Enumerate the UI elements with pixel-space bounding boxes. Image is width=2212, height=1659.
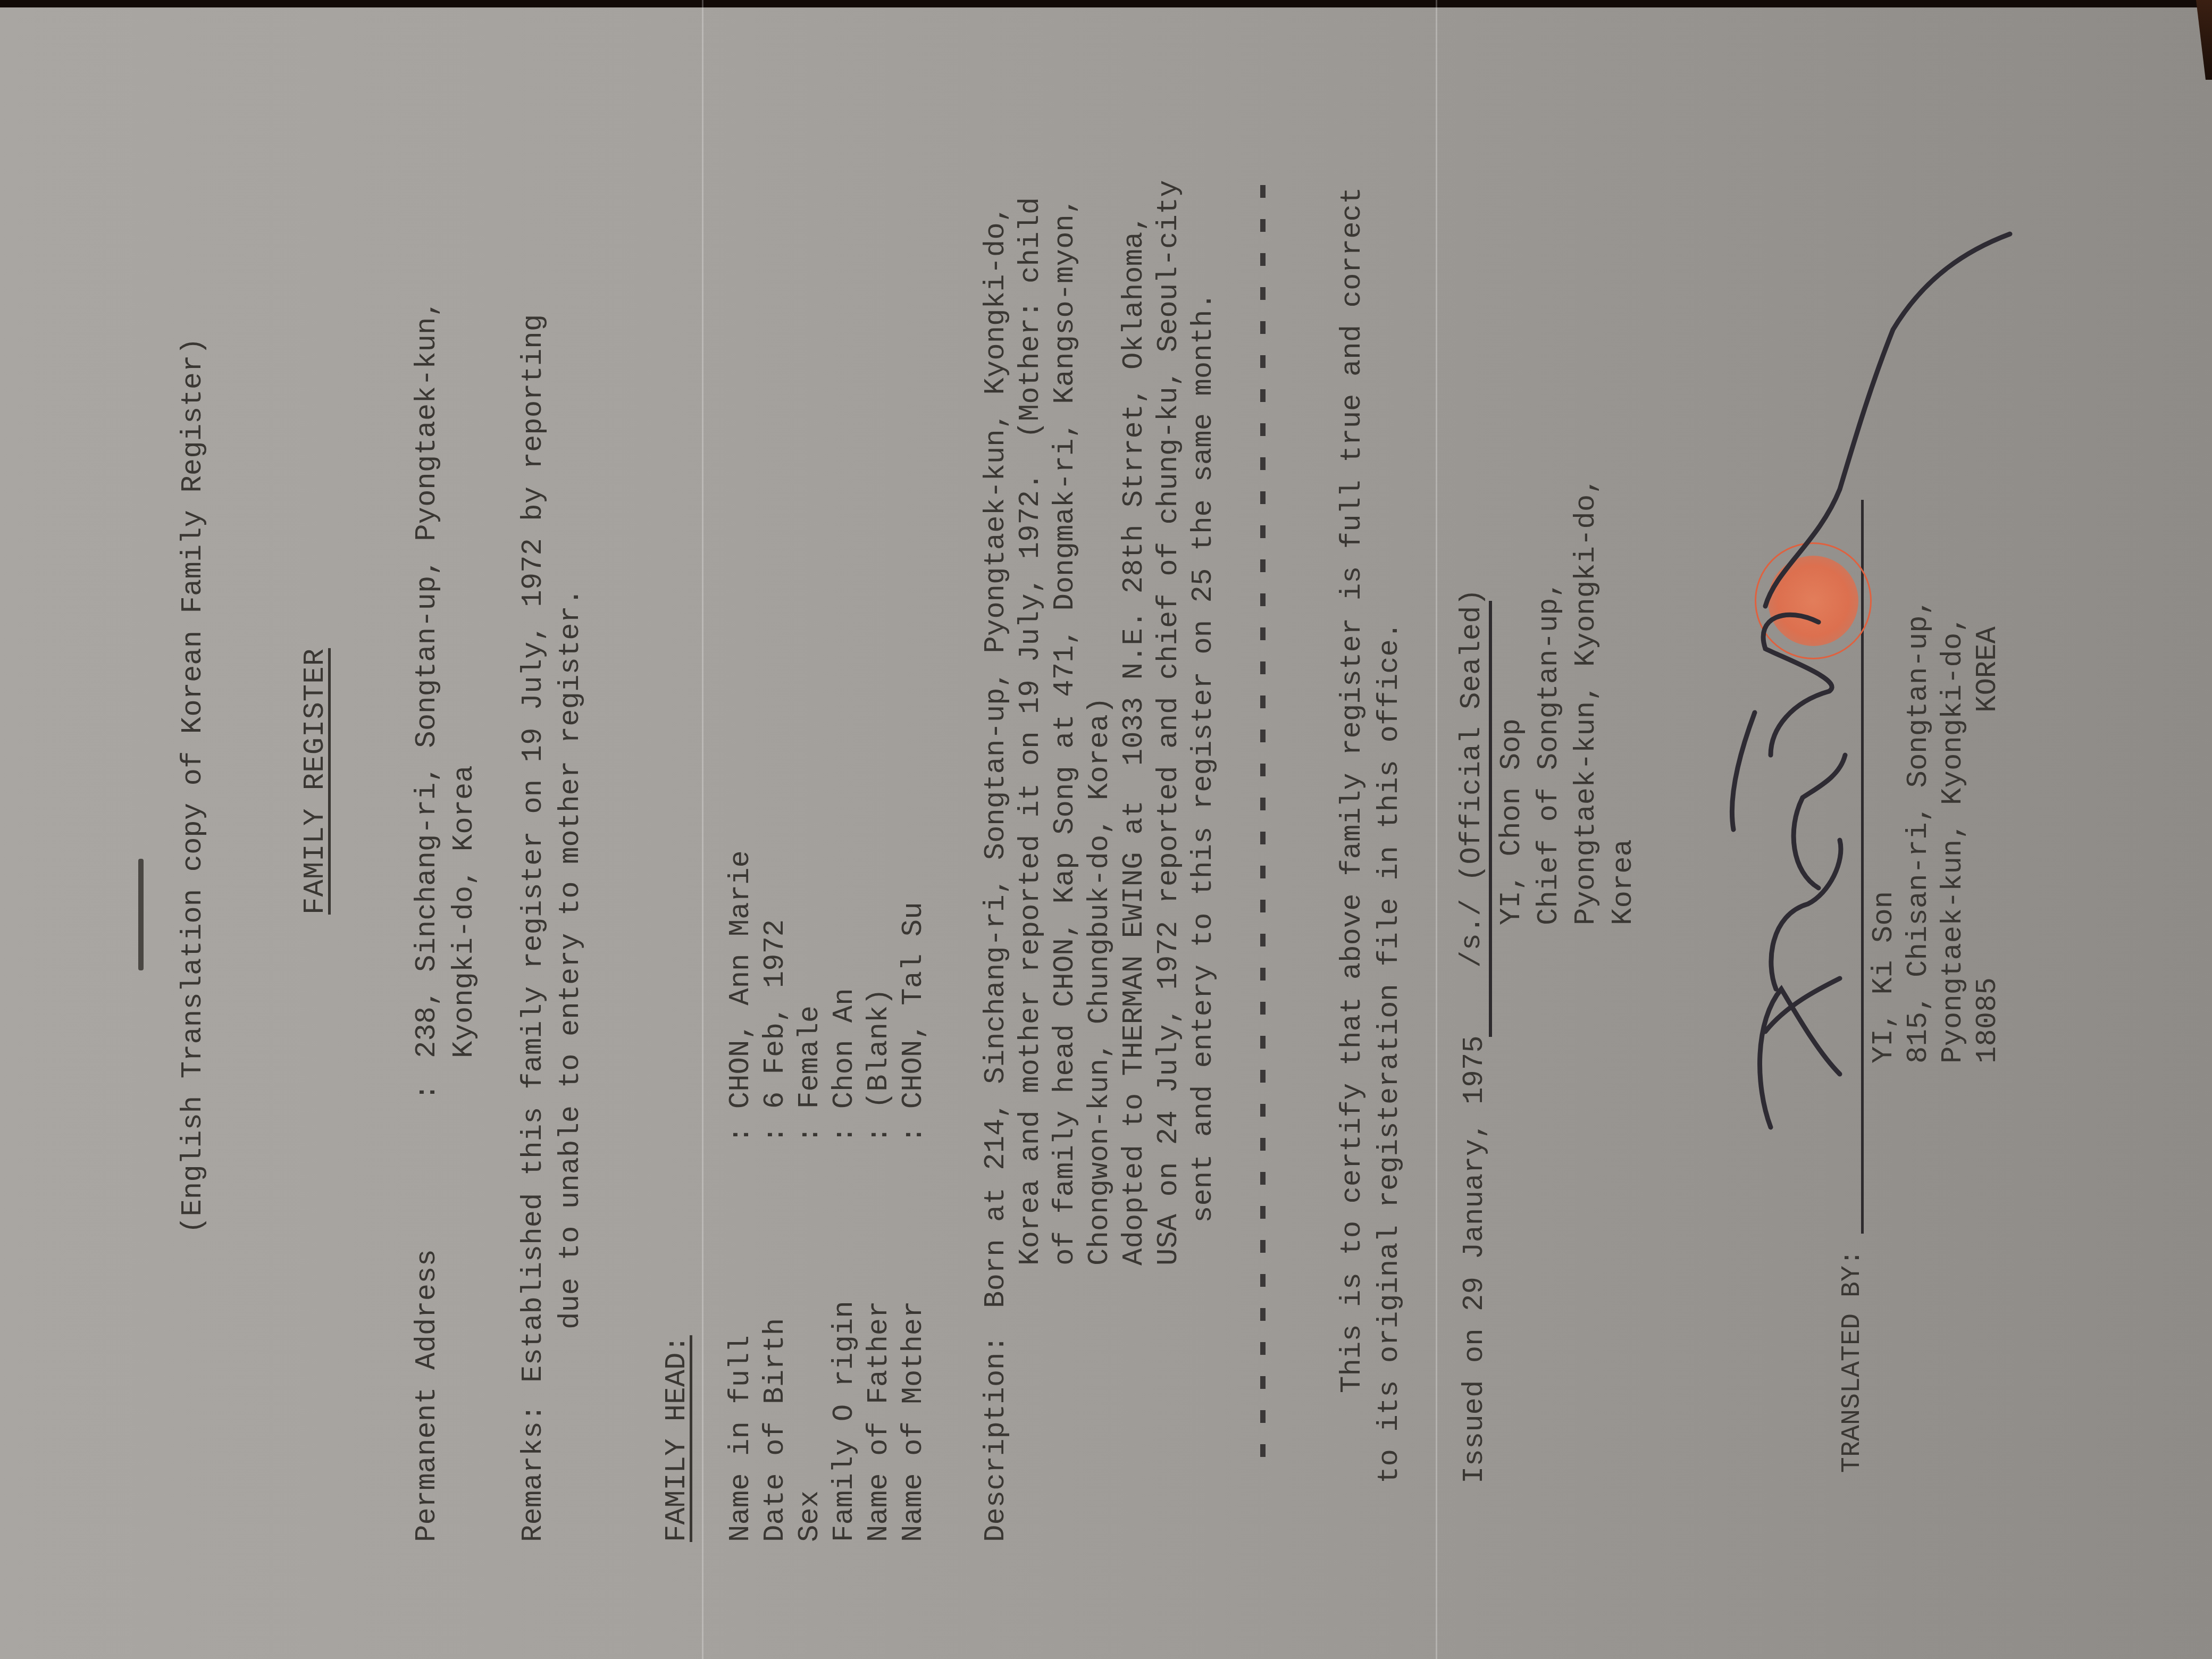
handwritten-signature-icon [0, 0, 2212, 1659]
document-page: (English Translation copy of Korean Fami… [0, 0, 2212, 1659]
